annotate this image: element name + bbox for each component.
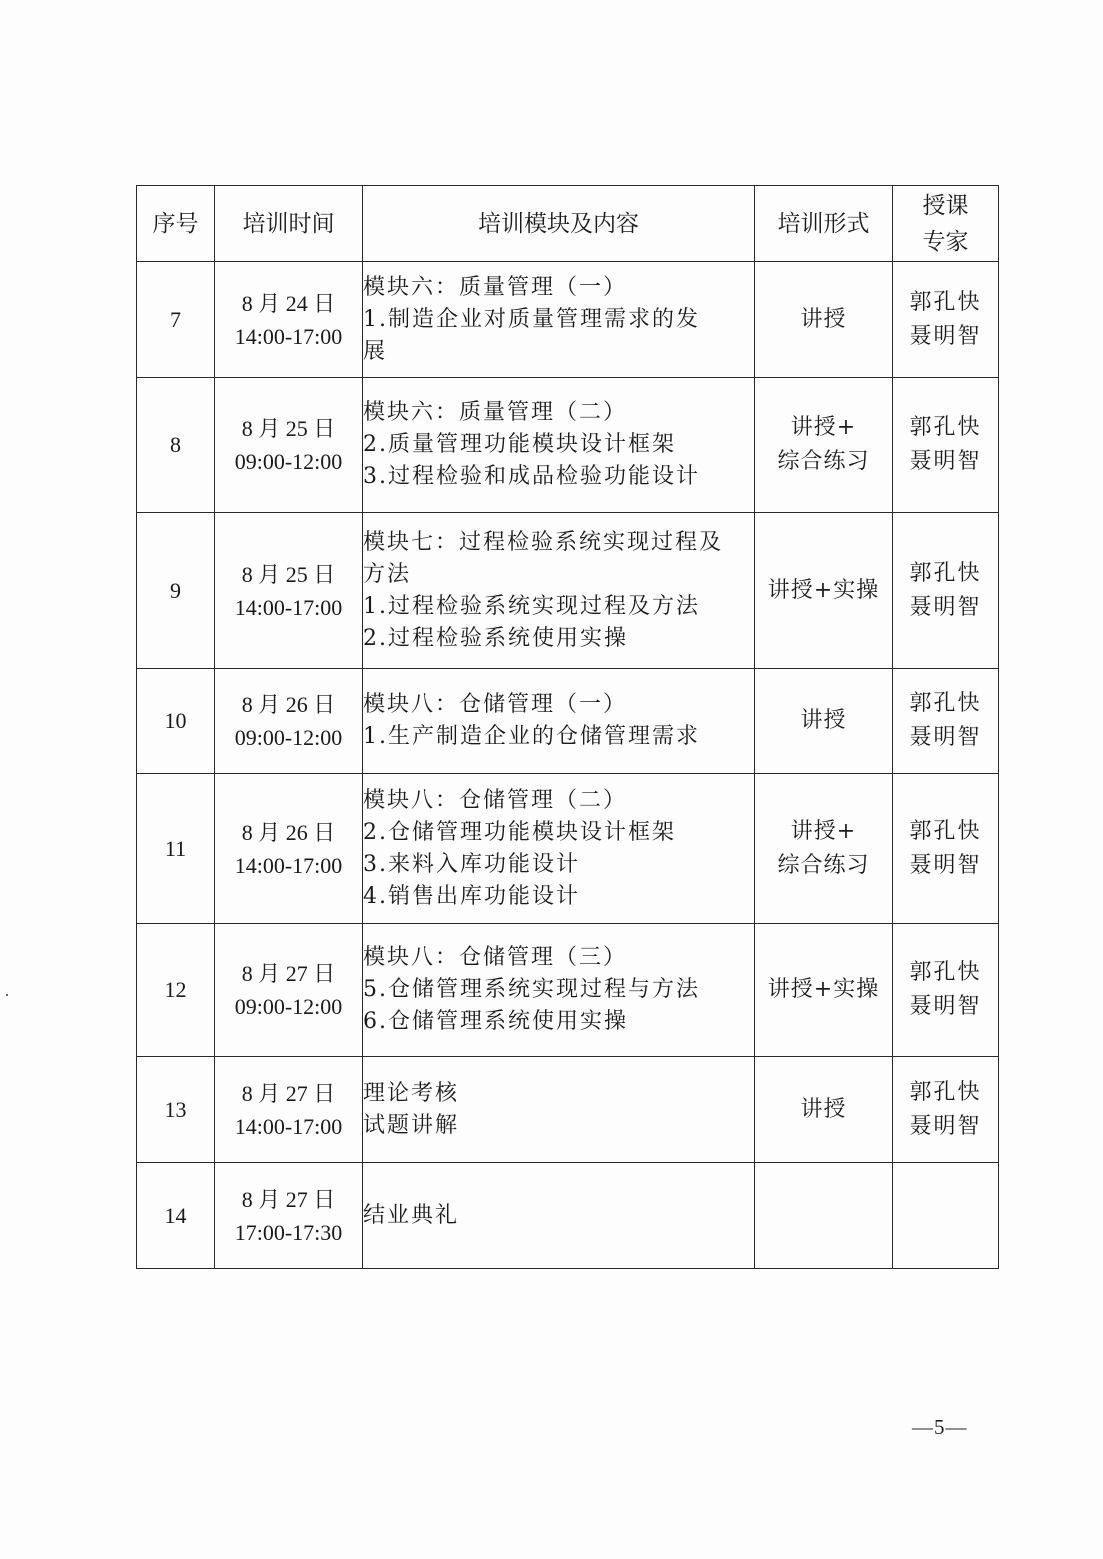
expert-name: 郭孔快 bbox=[893, 687, 998, 721]
row-number: 14 bbox=[137, 1163, 215, 1269]
expert-name: 郭孔快 bbox=[893, 1076, 998, 1110]
training-schedule-table: 序号 培训时间 培训模块及内容 培训形式 授课 专家 7 8 月 24 日 14… bbox=[136, 185, 999, 1269]
row-hours: 09:00-12:00 bbox=[215, 990, 362, 1023]
content-line: 模块六：质量管理（一） bbox=[363, 272, 754, 304]
content-line: 5.仓储管理系统实现过程与方法 bbox=[363, 974, 754, 1006]
row-date: 8 月 27 日 bbox=[215, 957, 362, 990]
content-line: 1.过程检验系统实现过程及方法 bbox=[363, 591, 754, 623]
expert-name: 郭孔快 bbox=[893, 815, 998, 849]
expert-name: 郭孔快 bbox=[893, 557, 998, 591]
row-form: 讲授 bbox=[755, 1057, 893, 1163]
table-header-row: 序号 培训时间 培训模块及内容 培训形式 授课 专家 bbox=[137, 186, 999, 262]
form-line: 综合练习 bbox=[755, 849, 892, 883]
row-number: 13 bbox=[137, 1057, 215, 1163]
row-experts: 郭孔快 聂明智 bbox=[893, 1057, 999, 1163]
expert-name: 聂明智 bbox=[893, 445, 998, 479]
form-line: 综合练习 bbox=[755, 445, 892, 479]
header-form: 培训形式 bbox=[755, 186, 893, 262]
header-expert: 授课 专家 bbox=[893, 186, 999, 262]
header-expert-line2: 专家 bbox=[893, 224, 998, 260]
row-experts: 郭孔快 聂明智 bbox=[893, 513, 999, 669]
row-content: 理论考核 试题讲解 bbox=[363, 1057, 755, 1163]
table-row: 12 8 月 27 日 09:00-12:00 模块八：仓储管理（三） 5.仓储… bbox=[137, 924, 999, 1057]
row-date: 8 月 25 日 bbox=[215, 412, 362, 445]
form-line: 讲授+实操 bbox=[755, 973, 892, 1007]
row-number: 9 bbox=[137, 513, 215, 669]
row-number: 8 bbox=[137, 378, 215, 513]
row-content: 模块八：仓储管理（一） 1.生产制造企业的仓储管理需求 bbox=[363, 669, 755, 774]
row-hours: 09:00-12:00 bbox=[215, 721, 362, 754]
row-date: 8 月 27 日 bbox=[215, 1077, 362, 1110]
table-row: 13 8 月 27 日 14:00-17:00 理论考核 试题讲解 讲授 郭孔快… bbox=[137, 1057, 999, 1163]
content-line: 模块八：仓储管理（三） bbox=[363, 942, 754, 974]
row-form: 讲授 bbox=[755, 669, 893, 774]
content-line: 6.仓储管理系统使用实操 bbox=[363, 1006, 754, 1038]
table-row: 9 8 月 25 日 14:00-17:00 模块七：过程检验系统实现过程及 方… bbox=[137, 513, 999, 669]
row-experts: 郭孔快 聂明智 bbox=[893, 669, 999, 774]
row-date: 8 月 26 日 bbox=[215, 688, 362, 721]
table-row: 11 8 月 26 日 14:00-17:00 模块八：仓储管理（二） 2.仓储… bbox=[137, 774, 999, 924]
row-date: 8 月 24 日 bbox=[215, 287, 362, 320]
table-row: 7 8 月 24 日 14:00-17:00 模块六：质量管理（一） 1.制造企… bbox=[137, 262, 999, 378]
content-line: 3.过程检验和成品检验功能设计 bbox=[363, 461, 754, 493]
row-number: 7 bbox=[137, 262, 215, 378]
document-page: 序号 培训时间 培训模块及内容 培训形式 授课 专家 7 8 月 24 日 14… bbox=[0, 0, 1103, 1559]
row-time: 8 月 24 日 14:00-17:00 bbox=[215, 262, 363, 378]
content-line: 4.销售出库功能设计 bbox=[363, 881, 754, 913]
form-line: 讲授+实操 bbox=[755, 574, 892, 608]
header-expert-line1: 授课 bbox=[893, 188, 998, 224]
scan-artifact bbox=[6, 994, 8, 996]
row-content: 模块六：质量管理（二） 2.质量管理功能模块设计框架 3.过程检验和成品检验功能… bbox=[363, 378, 755, 513]
content-line: 1.制造企业对质量管理需求的发 bbox=[363, 304, 754, 336]
row-date: 8 月 26 日 bbox=[215, 816, 362, 849]
row-experts: 郭孔快 聂明智 bbox=[893, 262, 999, 378]
header-time: 培训时间 bbox=[215, 186, 363, 262]
form-line: 讲授 bbox=[755, 704, 892, 738]
row-hours: 17:00-17:30 bbox=[215, 1216, 362, 1249]
row-form: 讲授+实操 bbox=[755, 924, 893, 1057]
row-number: 11 bbox=[137, 774, 215, 924]
content-line: 模块七：过程检验系统实现过程及 bbox=[363, 527, 754, 559]
table-row: 8 8 月 25 日 09:00-12:00 模块六：质量管理（二） 2.质量管… bbox=[137, 378, 999, 513]
row-experts bbox=[893, 1163, 999, 1269]
row-experts: 郭孔快 聂明智 bbox=[893, 378, 999, 513]
table-row: 10 8 月 26 日 09:00-12:00 模块八：仓储管理（一） 1.生产… bbox=[137, 669, 999, 774]
content-line: 模块八：仓储管理（一） bbox=[363, 689, 754, 721]
content-line: 2.过程检验系统使用实操 bbox=[363, 623, 754, 655]
expert-name: 聂明智 bbox=[893, 1110, 998, 1144]
form-line: 讲授+ bbox=[755, 815, 892, 849]
row-number: 12 bbox=[137, 924, 215, 1057]
header-no: 序号 bbox=[137, 186, 215, 262]
row-form: 讲授+实操 bbox=[755, 513, 893, 669]
row-content: 模块八：仓储管理（二） 2.仓储管理功能模块设计框架 3.来料入库功能设计 4.… bbox=[363, 774, 755, 924]
row-number: 10 bbox=[137, 669, 215, 774]
content-line: 模块六：质量管理（二） bbox=[363, 397, 754, 429]
content-line: 理论考核 bbox=[363, 1078, 754, 1110]
page-number: —5— bbox=[912, 1415, 968, 1440]
expert-name: 郭孔快 bbox=[893, 411, 998, 445]
content-line: 展 bbox=[363, 336, 754, 368]
content-line: 方法 bbox=[363, 559, 754, 591]
row-content: 模块六：质量管理（一） 1.制造企业对质量管理需求的发 展 bbox=[363, 262, 755, 378]
row-hours: 14:00-17:00 bbox=[215, 849, 362, 882]
content-line: 2.质量管理功能模块设计框架 bbox=[363, 429, 754, 461]
row-hours: 14:00-17:00 bbox=[215, 1110, 362, 1143]
expert-name: 聂明智 bbox=[893, 849, 998, 883]
row-hours: 14:00-17:00 bbox=[215, 591, 362, 624]
row-time: 8 月 25 日 14:00-17:00 bbox=[215, 513, 363, 669]
row-experts: 郭孔快 聂明智 bbox=[893, 924, 999, 1057]
header-content: 培训模块及内容 bbox=[363, 186, 755, 262]
expert-name: 郭孔快 bbox=[893, 956, 998, 990]
expert-name: 郭孔快 bbox=[893, 286, 998, 320]
row-form: 讲授+ 综合练习 bbox=[755, 774, 893, 924]
row-time: 8 月 26 日 14:00-17:00 bbox=[215, 774, 363, 924]
row-form: 讲授 bbox=[755, 262, 893, 378]
row-time: 8 月 26 日 09:00-12:00 bbox=[215, 669, 363, 774]
row-content: 模块七：过程检验系统实现过程及 方法 1.过程检验系统实现过程及方法 2.过程检… bbox=[363, 513, 755, 669]
content-line: 结业典礼 bbox=[363, 1200, 754, 1232]
row-time: 8 月 25 日 09:00-12:00 bbox=[215, 378, 363, 513]
content-line: 3.来料入库功能设计 bbox=[363, 849, 754, 881]
expert-name: 聂明智 bbox=[893, 990, 998, 1024]
row-time: 8 月 27 日 14:00-17:00 bbox=[215, 1057, 363, 1163]
table-row: 14 8 月 27 日 17:00-17:30 结业典礼 bbox=[137, 1163, 999, 1269]
row-form: 讲授+ 综合练习 bbox=[755, 378, 893, 513]
form-line: 讲授+ bbox=[755, 411, 892, 445]
form-line: 讲授 bbox=[755, 1093, 892, 1127]
row-experts: 郭孔快 聂明智 bbox=[893, 774, 999, 924]
expert-name: 聂明智 bbox=[893, 320, 998, 354]
content-line: 2.仓储管理功能模块设计框架 bbox=[363, 817, 754, 849]
content-line: 模块八：仓储管理（二） bbox=[363, 785, 754, 817]
row-hours: 09:00-12:00 bbox=[215, 445, 362, 478]
row-content: 模块八：仓储管理（三） 5.仓储管理系统实现过程与方法 6.仓储管理系统使用实操 bbox=[363, 924, 755, 1057]
expert-name: 聂明智 bbox=[893, 591, 998, 625]
form-line: 讲授 bbox=[755, 303, 892, 337]
row-hours: 14:00-17:00 bbox=[215, 320, 362, 353]
row-date: 8 月 27 日 bbox=[215, 1183, 362, 1216]
row-time: 8 月 27 日 17:00-17:30 bbox=[215, 1163, 363, 1269]
expert-name: 聂明智 bbox=[893, 721, 998, 755]
row-time: 8 月 27 日 09:00-12:00 bbox=[215, 924, 363, 1057]
content-line: 1.生产制造企业的仓储管理需求 bbox=[363, 721, 754, 753]
row-form bbox=[755, 1163, 893, 1269]
content-line: 试题讲解 bbox=[363, 1110, 754, 1142]
row-content: 结业典礼 bbox=[363, 1163, 755, 1269]
row-date: 8 月 25 日 bbox=[215, 558, 362, 591]
